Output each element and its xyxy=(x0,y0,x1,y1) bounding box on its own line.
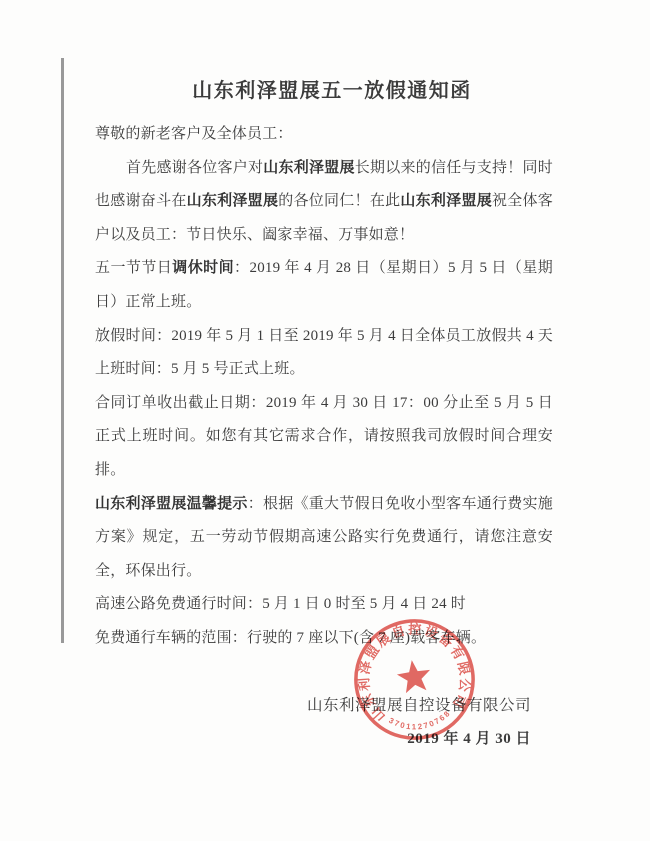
notice-document-page: 山东利泽盟展五一放假通知函 尊敬的新老客户及全体员工： 首先感谢各位客户对山东利… xyxy=(0,0,650,841)
adjusted-time-emphasis: 调休时间 xyxy=(172,260,234,276)
paragraph-friendly-reminder: 山东利泽盟展温馨提示：根据《重大节假日免收小型客车通行费实施方案》规定，五一劳动… xyxy=(95,488,553,589)
paragraph-adjusted-workdays: 五一节节日调休时间：2019 年 4 月 28 日（星期日）5 月 5 日（星期… xyxy=(95,252,553,319)
star-icon xyxy=(395,658,433,694)
scan-artifact-line xyxy=(61,58,64,643)
text-run: 五一节节日 xyxy=(95,260,172,276)
document-title: 山东利泽盟展五一放假通知函 xyxy=(0,74,650,103)
text-run: 首先感谢各位客户对 xyxy=(126,160,263,176)
document-body: 尊敬的新老客户及全体员工： 首先感谢各位客户对山东利泽盟展长期以来的信任与支持！… xyxy=(95,118,553,756)
text-run: 的各位同仁！在此 xyxy=(278,193,400,209)
company-name-emphasis: 山东利泽盟展 xyxy=(400,193,492,209)
paragraph-holiday-time: 放假时间：2019 年 5 月 1 日至 2019 年 5 月 4 日全体员工放… xyxy=(95,320,553,387)
salutation-line: 尊敬的新老客户及全体员工： xyxy=(95,118,553,152)
reminder-emphasis: 山东利泽盟展温馨提示 xyxy=(95,496,248,512)
paragraph-toll-free-time: 高速公路免费通行时间：5 月 1 日 0 时至 5 月 4 日 24 时 xyxy=(95,588,553,622)
paragraph-vehicle-scope: 免费通行车辆的范围：行驶的 7 座以下(含 7 座)载客车辆。 xyxy=(95,622,553,656)
paragraph-thanks: 首先感谢各位客户对山东利泽盟展长期以来的信任与支持！同时也感谢奋斗在山东利泽盟展… xyxy=(95,152,553,253)
company-name-emphasis: 山东利泽盟展 xyxy=(263,160,355,176)
paragraph-order-deadline: 合同订单收出截止日期：2019 年 4 月 30 日 17：00 分止至 5 月… xyxy=(95,387,553,488)
company-name-emphasis: 山东利泽盟展 xyxy=(187,193,279,209)
company-seal-stamp: 山东利泽盟展自控设备有限公司 37011270768 xyxy=(343,608,486,751)
